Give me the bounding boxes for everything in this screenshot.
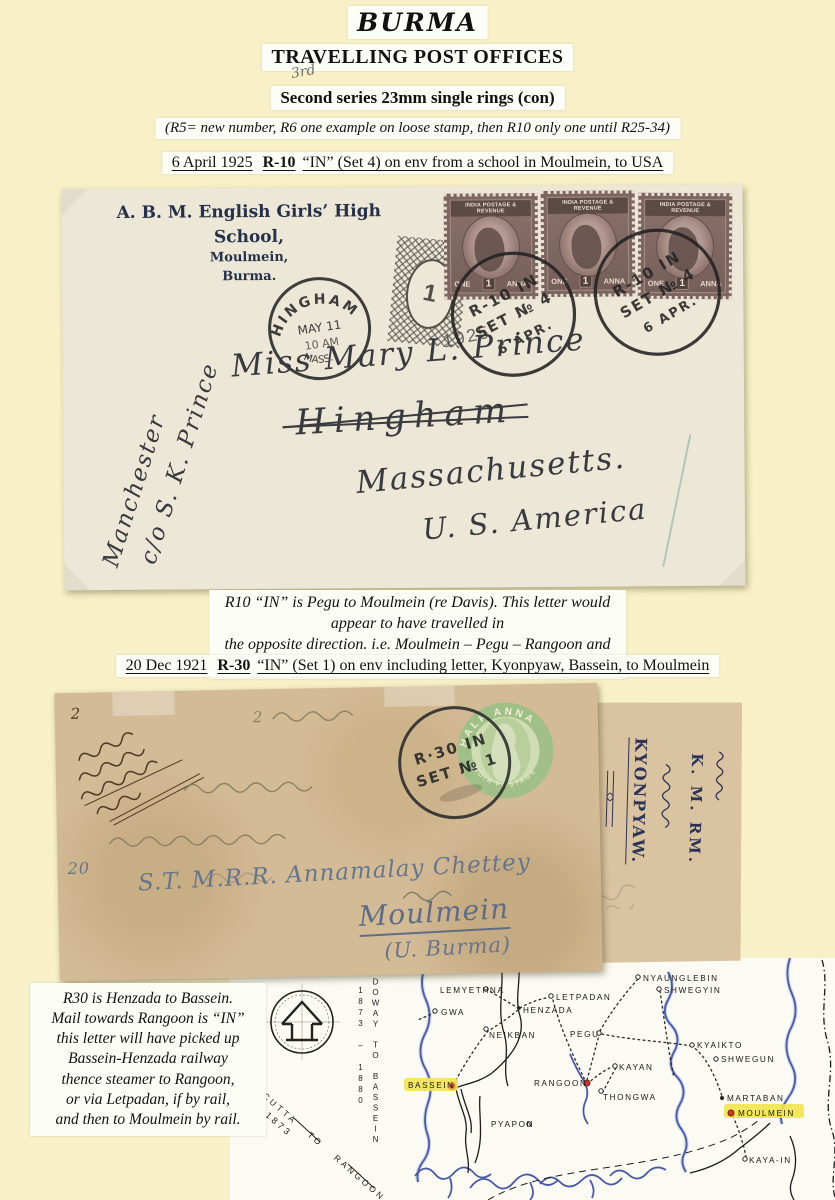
burma-map: LEMYETHNA GWA NEIKBAN HENZADA LETPADAN N… — [230, 958, 835, 1200]
letterhead-firm: K. M. RM. — [685, 753, 706, 865]
town-label: LETPADAN — [556, 993, 611, 1002]
caption-line1: R10 “IN” is Pegu to Moulmein (re Davis).… — [219, 593, 617, 635]
section2-code: R-30 — [217, 657, 250, 674]
page-title: BURMA — [347, 6, 488, 39]
mark-2-mid: 2 — [252, 708, 263, 726]
redirect-address: Manchester c/o S. K. Prince — [94, 347, 228, 582]
note-line: (R5= new number, R6 one example on loose… — [155, 118, 680, 139]
town-label: KYAIKTO — [697, 1041, 743, 1050]
town-label: HENZADA — [523, 1006, 573, 1015]
tpo-symbol-icon — [264, 984, 340, 1060]
caption2-line: thence steamer to Rangoon, — [32, 1070, 264, 1090]
album-page: { "header": { "title": "BURMA", "subtitl… — [0, 0, 835, 1200]
section2-caption: R30 is Henzada to Bassein. Mail towards … — [30, 983, 266, 1136]
duplex-numeral: 1 — [421, 279, 440, 309]
photo-corner — [719, 560, 745, 586]
town-label: GWA — [441, 1008, 465, 1017]
caption2-line: this letter will have picked up — [32, 1029, 264, 1049]
photo-corner — [64, 564, 90, 590]
railways — [418, 978, 746, 1157]
town-label: MOULMEIN — [738, 1109, 795, 1118]
town-label: PEGU — [570, 1030, 600, 1039]
town-label: SHWEGYIN — [664, 986, 721, 995]
pencil-annotation: 3rd — [290, 62, 317, 82]
caption2-line: or via Letpadan, if by rail, — [32, 1090, 264, 1110]
route-sandoway-years: 1873 – 1880 — [356, 986, 365, 1107]
letterhead-town: KYONPYAW. — [625, 737, 651, 864]
tpo-postmark-r30: R·30 IN SET № 1 — [395, 702, 515, 822]
tpo-postmark-r10: R-10 IN SET № 4 6 APR. — [590, 225, 725, 360]
section1-date: 6 April 1925 — [172, 154, 253, 171]
town-label: BASSEIN — [408, 1081, 455, 1090]
section1-heading: 6 April 1925R-10“IN” (Set 4) on env from… — [162, 152, 674, 174]
town-label: KAYAN — [619, 1063, 654, 1072]
caption2-line: Bassein-Henzada railway — [32, 1049, 264, 1069]
caption2-line: Mail towards Rangoon is “IN” — [32, 1009, 264, 1029]
tamil-script-marks — [713, 748, 729, 808]
tamil-script-marks — [658, 760, 676, 830]
map-drawing: LEMYETHNA GWA NEIKBAN HENZADA LETPADAN N… — [230, 958, 835, 1200]
address-town-crossed: Hingham — [294, 391, 515, 444]
pencil-mark — [662, 434, 691, 567]
section1-code: R-10 — [263, 154, 296, 171]
section2-date: 20 Dec 1921 — [126, 657, 208, 674]
series-line: Second series 23mm single rings (con) — [270, 86, 564, 110]
address-state: Massachusetts. — [354, 440, 627, 501]
notation-20: 20 — [67, 859, 90, 878]
school-name: A. B. M. English Girls’ High School, — [84, 199, 414, 251]
caption2-line: and then to Moulmein by rail. — [32, 1110, 264, 1130]
section2-heading: 20 Dec 1921R-30“IN” (Set 1) on env inclu… — [116, 655, 720, 677]
date-smudge — [438, 781, 484, 805]
town-label: SHWEGUN — [721, 1055, 775, 1064]
section1-desc: “IN” (Set 4) on env from a school in Mou… — [302, 154, 663, 171]
caption2-line: R30 is Henzada to Bassein. — [32, 989, 264, 1009]
town-label: RANGOON — [534, 1079, 588, 1088]
town-label: LEMYETHNA — [440, 986, 504, 995]
envelope-1: A. B. M. English Girls’ High School, Mou… — [62, 185, 746, 591]
town-label: THONGWA — [603, 1093, 657, 1102]
town-label: KAYA-IN — [749, 1156, 792, 1165]
town-label: PYAPON — [491, 1120, 534, 1129]
section2-desc: “IN” (Set 1) on env including letter, Ky… — [257, 657, 709, 674]
address-country: U. S. America — [421, 492, 649, 547]
flourish-icon — [600, 769, 620, 829]
route-sandoway-label: SANDOWAY TO BASSEIN — [371, 958, 380, 1146]
town-label: MARTABAN — [727, 1094, 785, 1103]
town-label: NYAUNGLEBIN — [643, 974, 719, 983]
town-label: NEIKBAN — [489, 1031, 536, 1040]
envelope-2: 2 2 HALF ANNA INDIA POSTAGE R·30 IN SET … — [54, 683, 602, 981]
